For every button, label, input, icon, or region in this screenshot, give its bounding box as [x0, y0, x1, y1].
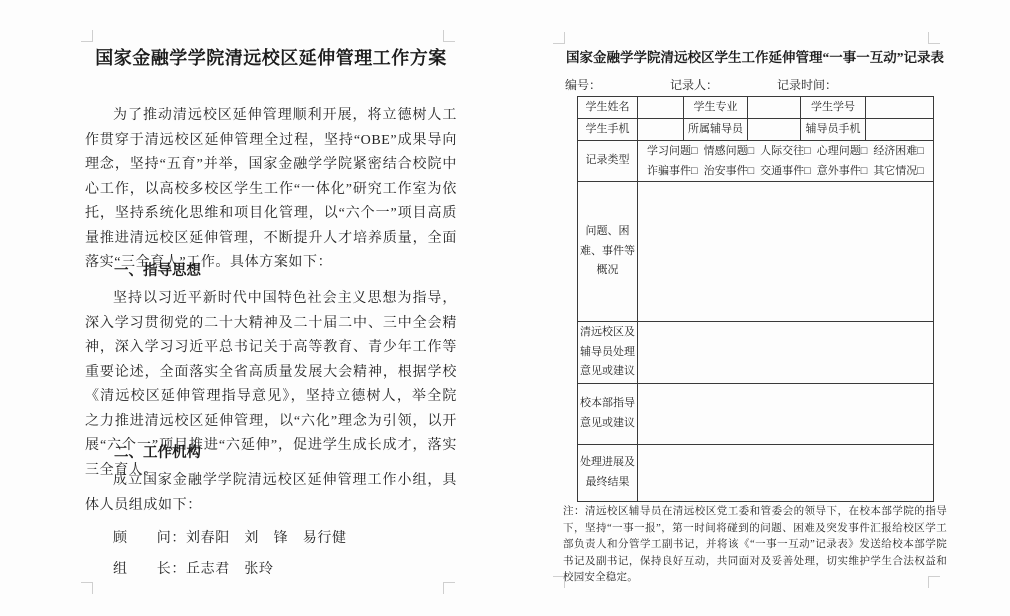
counselor-phone-label: 辅导员手机: [801, 119, 866, 141]
table-row: 记录类型 学习问题□ 情感问题□ 人际交往□ 心理问题□ 经济困难□ 诈骗事件□…: [578, 141, 934, 182]
checkbox-finance-issue: 经济困难□: [873, 141, 924, 161]
right-page-title: 国家金融学学院清远校区学生工作延伸管理“一事一互动”记录表: [563, 46, 947, 66]
table-row: 校本部指导意见或建议: [578, 384, 934, 445]
intro-paragraph: 为了推动清远校区延伸管理顺利开展，将立德树人工作贯穿于清远校区延伸管理全过程，坚…: [85, 104, 457, 276]
left-page-title: 国家金融学学院清远校区延伸管理工作方案: [85, 44, 457, 70]
counselor-label: 所属辅导员: [684, 119, 748, 141]
leader-line: 组 长：丘志君 张玲: [85, 558, 457, 578]
checkbox-study-issue: 学习问题□: [647, 141, 698, 161]
student-major-cell: [748, 97, 801, 119]
left-page: 国家金融学学院清远校区延伸管理工作方案 为了推动清远校区延伸管理顺利开展，将立德…: [85, 0, 457, 616]
right-page: 国家金融学学院清远校区学生工作延伸管理“一事一互动”记录表 编号： 记录人： 记…: [563, 0, 947, 616]
page-corner-mark: [81, 30, 93, 42]
student-name-cell: [638, 97, 684, 119]
page-corner-mark: [443, 582, 455, 594]
checkbox-fraud-event: 诈骗事件□: [647, 161, 698, 181]
campus-opinion-cell: [638, 322, 934, 384]
checkbox-mental-issue: 心理问题□: [817, 141, 868, 161]
record-form-table: 学生姓名 学生专业 学生学号 学生手机 所属辅导员 辅导员手机 记录类型 学习问…: [577, 96, 934, 502]
progress-label: 处理进展及最终结果: [578, 445, 638, 502]
overview-label: 问题、困难、事件等概况: [578, 182, 638, 322]
leader-names: 丘志君 张玲: [186, 562, 274, 577]
counselor-phone-cell: [866, 119, 934, 141]
student-major-label: 学生专业: [684, 97, 748, 119]
form-time-label: 记录时间：: [777, 76, 837, 93]
counselor-cell: [748, 119, 801, 141]
table-row: 学生姓名 学生专业 学生学号: [578, 97, 934, 119]
record-type-label: 记录类型: [578, 141, 638, 182]
student-phone-label: 学生手机: [578, 119, 638, 141]
table-row: 处理进展及最终结果: [578, 445, 934, 502]
progress-cell: [638, 445, 934, 502]
page-corner-mark: [443, 30, 455, 42]
hq-opinion-cell: [638, 384, 934, 445]
footnote: 注：清远校区辅导员在清远校区党工委和管委会的领导下，在校本部学院的指导下，坚持“…: [563, 504, 947, 587]
record-type-options-cell: 学习问题□ 情感问题□ 人际交往□ 心理问题□ 经济困难□ 诈骗事件□ 治安事件…: [638, 141, 934, 182]
page-corner-mark: [553, 32, 565, 44]
advisor-role-label: 顾 问：: [113, 531, 186, 546]
record-type-options-line2: 诈骗事件□ 治安事件□ 交通事件□ 意外事件□ 其它情况□: [639, 161, 932, 181]
table-row: 学生手机 所属辅导员 辅导员手机: [578, 119, 934, 141]
table-row: 问题、困难、事件等概况: [578, 182, 934, 322]
page-corner-mark: [928, 32, 940, 44]
checkbox-traffic-event: 交通事件□: [760, 161, 811, 181]
overview-cell: [638, 182, 934, 322]
student-id-cell: [866, 97, 934, 119]
student-id-label: 学生学号: [801, 97, 866, 119]
checkbox-other-event: 其它情况□: [873, 161, 924, 181]
form-recorder-label: 记录人：: [670, 76, 718, 93]
checkbox-social-issue: 人际交往□: [760, 141, 811, 161]
table-row: 清远校区及辅导员处理意见或建议: [578, 322, 934, 384]
checkbox-accident-event: 意外事件□: [817, 161, 868, 181]
section1-heading: 一、指导思想: [85, 259, 457, 280]
hq-opinion-label: 校本部指导意见或建议: [578, 384, 638, 445]
section2-paragraph: 成立国家金融学学院清远校区延伸管理工作小组，具体人员组成如下：: [85, 469, 457, 518]
advisor-names: 刘春阳 刘 锋 易行健: [186, 531, 347, 546]
section2-heading: 二、工作机构: [85, 441, 457, 462]
checkbox-emotion-issue: 情感问题□: [704, 141, 755, 161]
checkbox-security-event: 治安事件□: [704, 161, 755, 181]
page-corner-mark: [81, 582, 93, 594]
advisor-line: 顾 问：刘春阳 刘 锋 易行健: [85, 527, 457, 547]
form-number-label: 编号：: [565, 76, 601, 93]
student-name-label: 学生姓名: [578, 97, 638, 119]
record-type-options-line1: 学习问题□ 情感问题□ 人际交往□ 心理问题□ 经济困难□: [639, 141, 932, 161]
student-phone-cell: [638, 119, 684, 141]
leader-role-label: 组 长：: [113, 562, 186, 577]
campus-opinion-label: 清远校区及辅导员处理意见或建议: [578, 322, 638, 384]
